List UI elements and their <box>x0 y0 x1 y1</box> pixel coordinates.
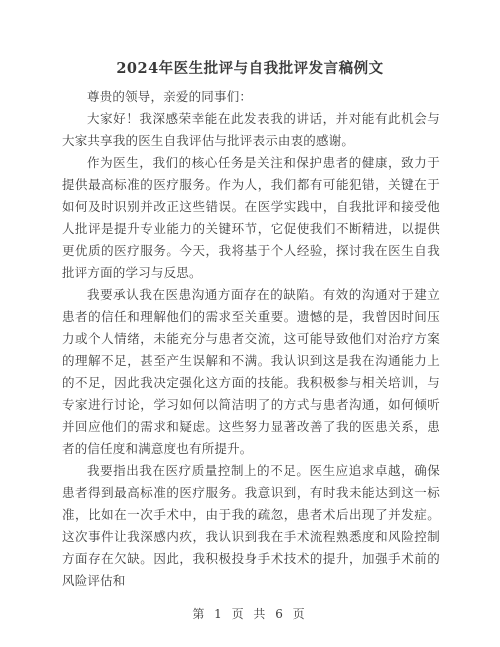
document-title: 2024年医生批评与自我批评发言稿例文 <box>0 0 500 79</box>
page-number-footer: 第 1 页 共 6 页 <box>0 606 500 623</box>
paragraph-greeting: 大家好！我深感荣幸能在此发表我的讲话，并对能有此机会与大家共享我的医生自我评估与… <box>62 108 440 152</box>
document-page: 2024年医生批评与自我批评发言稿例文 尊贵的领导，亲爱的同事们： 大家好！我深… <box>0 0 500 647</box>
paragraph-quality-control-selfcriticism: 我要指出我在医疗质量控制上的不足。医生应追求卓越，确保患者得到最高标准的医疗服务… <box>62 460 440 592</box>
salutation-line: 尊贵的领导，亲爱的同事们： <box>62 86 440 108</box>
paragraph-intro: 作为医生，我们的核心任务是关注和保护患者的健康，致力于提供最高标准的医疗服务。作… <box>62 152 440 284</box>
document-body: 尊贵的领导，亲爱的同事们： 大家好！我深感荣幸能在此发表我的讲话，并对能有此机会… <box>62 86 440 592</box>
paragraph-communication-selfcriticism: 我要承认我在医患沟通方面存在的缺陷。有效的沟通对于建立患者的信任和理解他们的需求… <box>62 284 440 460</box>
